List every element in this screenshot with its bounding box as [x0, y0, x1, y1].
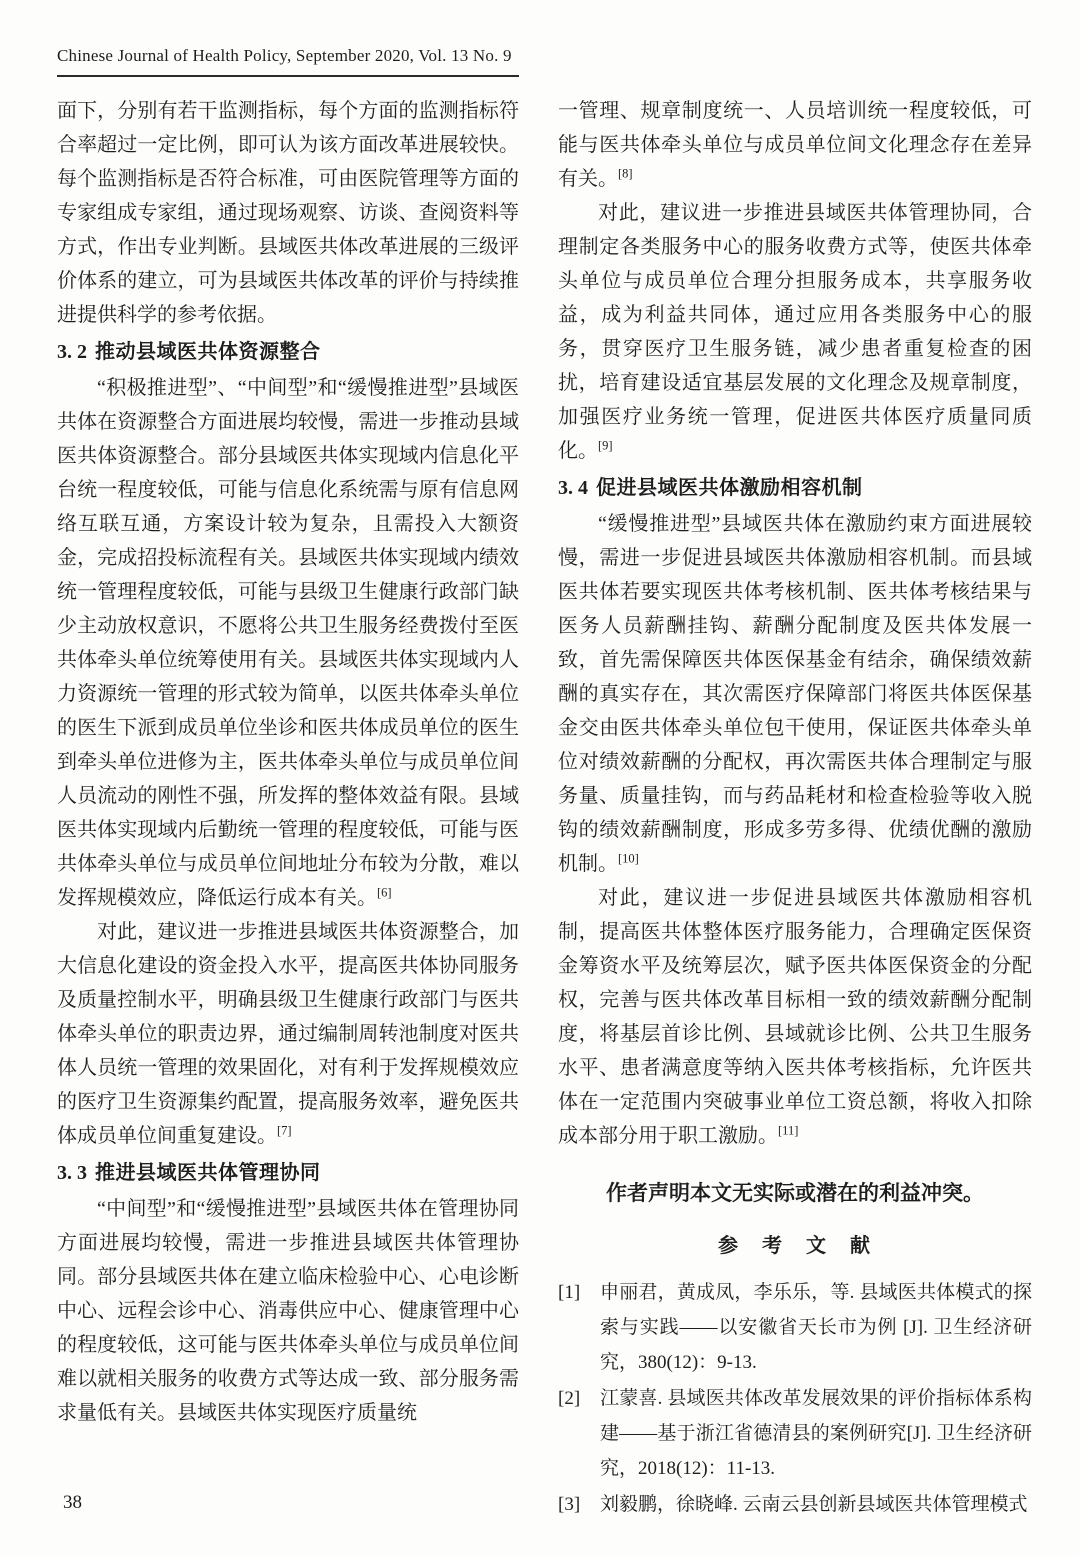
body-paragraph: 对此，建议进一步推进县域医共体管理协同，合理制定各类服务中心的服务收费方式等，使… [558, 196, 1032, 468]
paragraph-text: 对此，建议进一步促进县域医共体激励相容机制，提高医共体整体医疗服务能力，合理确定… [558, 887, 1032, 1147]
citation-superscript: [11] [778, 1123, 798, 1137]
section-number: 3. 4 [558, 477, 588, 499]
section-title: 促进县域医共体激励相容机制 [596, 477, 863, 499]
paragraph-text: 对此，建议进一步推进县域医共体管理协同，合理制定各类服务中心的服务收费方式等，使… [558, 202, 1032, 462]
citation-superscript: [6] [377, 885, 392, 899]
reference-text: 刘毅鹏，徐晓峰. 云南云县创新县域医共体管理模式 [600, 1487, 1032, 1522]
section-title: 推动县域医共体资源整合 [95, 341, 321, 363]
section-number: 3. 3 [57, 1162, 87, 1184]
body-paragraph: 对此，建议进一步推进县域医共体资源整合，加大信息化建设的资金投入水平，提高医共体… [57, 915, 519, 1153]
paragraph-text: “积极推进型”、“中间型”和“缓慢推进型”县域医共体在资源整合方面进展均较慢，需… [57, 377, 519, 909]
page-number: 38 [63, 1492, 82, 1514]
journal-page: Chinese Journal of Health Policy, Septem… [0, 0, 1080, 1556]
reference-text: 申丽君，黄成凤，李乐乐，等. 县域医共体模式的探索与实践——以安徽省天长市为例 … [600, 1275, 1032, 1380]
section-heading-3-3: 3. 3推进县域医共体管理协同 [57, 1156, 519, 1190]
two-column-body: 面下，分别有若干监测指标，每个方面的监测指标符合率超过一定比例，即可认为该方面改… [57, 94, 1032, 1523]
paragraph-text: 对此，建议进一步推进县域医共体资源整合，加大信息化建设的资金投入水平，提高医共体… [57, 921, 519, 1147]
citation-superscript: [8] [618, 166, 633, 180]
body-paragraph: “缓慢推进型”县域医共体在激励约束方面进展较慢，需进一步促进县域医共体激励相容机… [558, 507, 1032, 881]
references-heading: 参 考 文 献 [558, 1233, 1032, 1259]
section-number: 3. 2 [57, 341, 87, 363]
paragraph-text: 面下，分别有若干监测指标，每个方面的监测指标符合率超过一定比例，即可认为该方面改… [57, 100, 519, 326]
reference-label: [3] [558, 1487, 600, 1522]
paragraph-text: “中间型”和“缓慢推进型”县域医共体在管理协同方面进展均较慢，需进一步推进县域医… [57, 1198, 519, 1424]
reference-item: [1] 申丽君，黄成凤，李乐乐，等. 县域医共体模式的探索与实践——以安徽省天长… [558, 1275, 1032, 1380]
reference-list: [1] 申丽君，黄成凤，李乐乐，等. 县域医共体模式的探索与实践——以安徽省天长… [558, 1275, 1032, 1522]
left-column: 面下，分别有若干监测指标，每个方面的监测指标符合率超过一定比例，即可认为该方面改… [57, 94, 519, 1523]
body-paragraph-continuation: 面下，分别有若干监测指标，每个方面的监测指标符合率超过一定比例，即可认为该方面改… [57, 94, 519, 332]
body-paragraph: 对此，建议进一步促进县域医共体激励相容机制，提高医共体整体医疗服务能力，合理确定… [558, 881, 1032, 1153]
reference-item: [2] 江蒙喜. 县域医共体改革发展效果的评价指标体系构建——基于浙江省德清县的… [558, 1381, 1032, 1486]
body-paragraph: “积极推进型”、“中间型”和“缓慢推进型”县域医共体在资源整合方面进展均较慢，需… [57, 371, 519, 915]
section-heading-3-4: 3. 4促进县域医共体激励相容机制 [558, 471, 1032, 505]
reference-label: [2] [558, 1381, 600, 1486]
body-paragraph: “中间型”和“缓慢推进型”县域医共体在管理协同方面进展均较慢，需进一步推进县域医… [57, 1192, 519, 1430]
citation-superscript: [10] [618, 851, 639, 865]
reference-label: [1] [558, 1275, 600, 1380]
journal-title-line: Chinese Journal of Health Policy, Septem… [57, 46, 512, 65]
reference-item: [3] 刘毅鹏，徐晓峰. 云南云县创新县域医共体管理模式 [558, 1487, 1032, 1522]
citation-superscript: [7] [277, 1123, 292, 1137]
conflict-of-interest-declaration: 作者声明本文无实际或潜在的利益冲突。 [558, 1179, 1032, 1209]
reference-text: 江蒙喜. 县域医共体改革发展效果的评价指标体系构建——基于浙江省德清县的案例研究… [600, 1381, 1032, 1486]
section-heading-3-2: 3. 2推动县域医共体资源整合 [57, 335, 519, 369]
right-column: 一管理、规章制度统一、人员培训统一程度较低，可能与医共体牵头单位与成员单位间文化… [558, 94, 1032, 1523]
body-paragraph-continuation: 一管理、规章制度统一、人员培训统一程度较低，可能与医共体牵头单位与成员单位间文化… [558, 94, 1032, 196]
citation-superscript: [9] [598, 438, 613, 452]
section-title: 推进县域医共体管理协同 [95, 1162, 321, 1184]
paragraph-text: “缓慢推进型”县域医共体在激励约束方面进展较慢，需进一步促进县域医共体激励相容机… [558, 513, 1032, 875]
journal-header: Chinese Journal of Health Policy, Septem… [57, 46, 519, 77]
